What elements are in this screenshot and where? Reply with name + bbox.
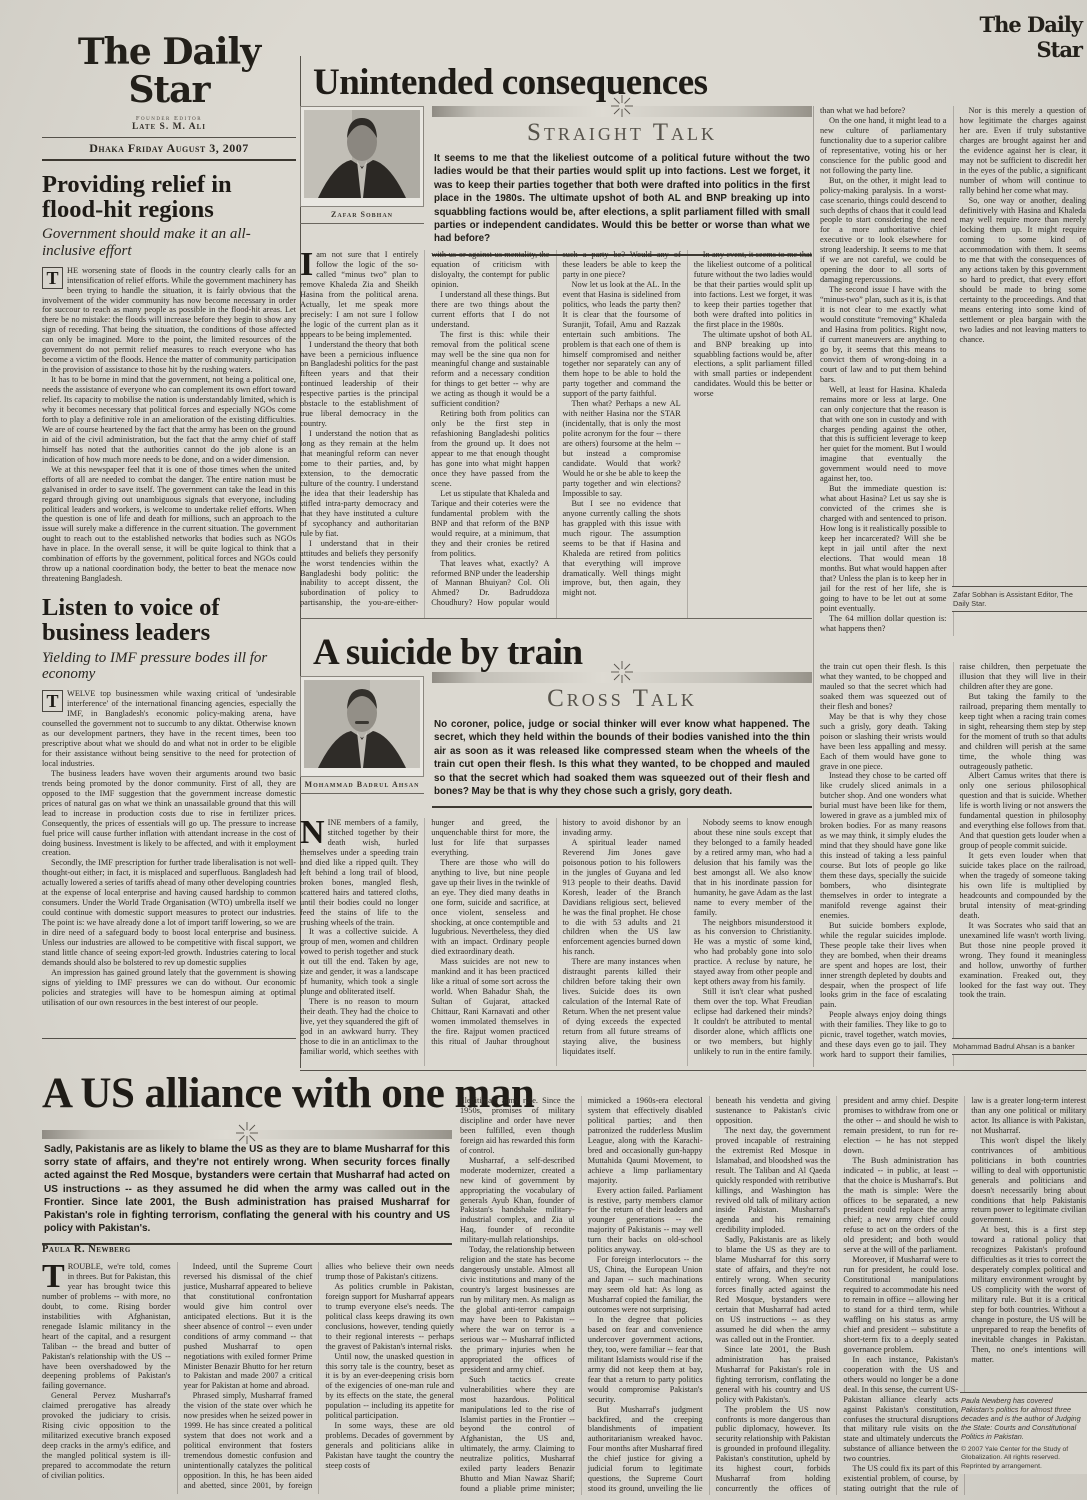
portrait-image bbox=[304, 110, 420, 198]
cross-talk-standfirst: No coroner, police, judge or social thin… bbox=[432, 714, 812, 806]
editorial-body: TWELVE top businessmen while waxing crit… bbox=[42, 689, 296, 1008]
body-paragraph: But the immediate question is: what abou… bbox=[820, 484, 947, 613]
body-paragraph: But I see no evidence that anyone curren… bbox=[563, 499, 681, 599]
body-text: WELVE top businessmen while waxing criti… bbox=[42, 689, 296, 768]
founder-editor-name: Late S. M. Ali bbox=[42, 122, 296, 132]
straight-talk-body-left: Iam not sure that I entirely follow the … bbox=[300, 250, 812, 619]
body-paragraph: Sadly, Pakistanis are as likely to blame… bbox=[716, 1235, 831, 1344]
editorial-body: THE worsening state of floods in the cou… bbox=[42, 266, 296, 585]
body-paragraph: There are many instances when distraught… bbox=[563, 957, 681, 1057]
body-paragraph: Musharraf, a self-described moderate mod… bbox=[460, 1156, 575, 1246]
editorial-headline: Providing relief in flood-hit regions bbox=[42, 172, 296, 222]
body-paragraph: Let us stipulate that Khaleda and Tariqu… bbox=[431, 489, 549, 559]
copyright-notice: © 2007 Yale Center for the Study of Glob… bbox=[961, 1446, 1087, 1471]
body-paragraphs: It has to be borne in mind that the gove… bbox=[42, 375, 296, 584]
body-paragraph: Now let us look at the AL. In the event … bbox=[563, 280, 681, 399]
body-text: am not sure that I entirely follow the l… bbox=[300, 250, 418, 339]
us-alliance-standfirst: Sadly, Pakistanis are as likely to blame… bbox=[42, 1139, 452, 1243]
cross-talk-body-left: NINE members of a family, stitched toget… bbox=[300, 818, 812, 1066]
founder-editor-label: Founder Editor bbox=[42, 115, 296, 122]
body-paragraph: The first is this: while their removal f… bbox=[431, 330, 549, 410]
body-paragraph: The Bush administration has indicated --… bbox=[843, 1156, 958, 1256]
body-paragraph: than what we had before? bbox=[820, 106, 947, 116]
body-paragraph: The business leaders have woven their ar… bbox=[42, 769, 296, 859]
column-divider bbox=[813, 106, 814, 1067]
editorial-column: The Daily Star Founder Editor Late S. M.… bbox=[42, 34, 296, 1039]
body-paragraph: The next day, the government proved inca… bbox=[716, 1126, 831, 1235]
body-paragraph: Albert Camus writes that there is only o… bbox=[960, 771, 1087, 851]
drop-cap: I bbox=[300, 251, 313, 279]
body-paragraph: A spiritual leader named Reverend Jim Jo… bbox=[563, 838, 681, 957]
body-paragraph: Nor is this merely a question of how leg… bbox=[960, 106, 1087, 196]
body-paragraphs: than what we had before?On the one hand,… bbox=[820, 106, 1086, 636]
founder-block: Founder Editor Late S. M. Ali bbox=[42, 115, 296, 132]
photo-caption: Zafar Sobhan bbox=[300, 210, 424, 219]
portrait-photo bbox=[300, 106, 424, 207]
dateline: Dhaka Friday August 3, 2007 bbox=[42, 137, 296, 161]
starburst-icon bbox=[610, 94, 634, 118]
zafar-sobhan-photo-card: Zafar Sobhan bbox=[300, 106, 424, 224]
editorial-flood-relief: Providing relief in flood-hit regions Go… bbox=[42, 172, 296, 585]
portrait-image bbox=[304, 680, 420, 768]
body-paragraph: It gets even louder when that suicide ta… bbox=[960, 851, 1087, 921]
drop-cap: T bbox=[42, 1263, 65, 1291]
body-paragraph: In any event, it seems to me that the li… bbox=[694, 250, 812, 330]
straight-talk-credit: Zafar Sobhan is Assistant Editor, The Da… bbox=[952, 586, 1087, 612]
body-paragraph: An impression has gained ground lately t… bbox=[42, 968, 296, 1008]
body-paragraph: But taking the family to the railroad, p… bbox=[960, 692, 1087, 772]
masthead-logo: The Daily Star bbox=[42, 34, 296, 110]
body-paragraph: In some ways, these are old problems. De… bbox=[325, 1421, 454, 1471]
starburst-icon bbox=[235, 1121, 259, 1145]
body-paragraph: Since late 2001, the Bush administration… bbox=[716, 1345, 831, 1405]
caption-rule bbox=[300, 793, 424, 794]
editorial-business-leaders: Listen to voice of business leaders Yiel… bbox=[42, 595, 296, 1008]
us-alliance-body-left: TROUBLE, we're told, comes in threes. Bu… bbox=[42, 1262, 454, 1494]
drop-cap: N bbox=[300, 819, 325, 847]
body-paragraph: General Pervez Musharraf's claimed prero… bbox=[42, 1391, 171, 1481]
straight-talk-standfirst: It seems to me that the likeliest outcom… bbox=[432, 148, 812, 254]
drop-cap: T bbox=[42, 690, 63, 712]
editorial-subtitle: Government should make it an all-inclusi… bbox=[42, 226, 296, 260]
body-paragraph: The neighbors misunderstood it as his co… bbox=[694, 918, 812, 988]
body-paragraph: The 64 million dollar question is: what … bbox=[820, 614, 947, 634]
body-paragraph: So, one way or another, dealing definiti… bbox=[960, 196, 1087, 345]
body-paragraph: Every action failed. Parliament is resti… bbox=[588, 1186, 703, 1256]
body-paragraph: But, on the other, it might lead to poli… bbox=[820, 176, 947, 285]
cross-talk-body-right: the train cut open their flesh. Is this … bbox=[820, 662, 1086, 1066]
top-right-logo: The Daily Star bbox=[944, 12, 1082, 62]
body-paragraph: This won't dispel the likely contrivance… bbox=[971, 1136, 1086, 1226]
body-paragraphs: The business leaders have woven their ar… bbox=[42, 769, 296, 1008]
newspaper-page: The Daily Star The Daily Star Founder Ed… bbox=[0, 0, 1087, 1500]
body-paragraph: Well, at least for Hasina. Khaleda remai… bbox=[820, 385, 947, 485]
body-paragraph: Until now, the unasked question in this … bbox=[325, 1352, 454, 1422]
body-paragraphs: the train cut open their flesh. Is this … bbox=[820, 662, 1086, 1066]
portrait-photo bbox=[300, 676, 424, 777]
body-paragraph: illegitimate army rule. Since the 1950s,… bbox=[460, 1096, 575, 1156]
editorial-subtitle: Yielding to IMF pressure bodes ill for e… bbox=[42, 650, 296, 684]
body-paragraph: But suicide bombers explode, while the r… bbox=[820, 921, 947, 1011]
body-paragraph: The ultimate upshot of both AL and BNP b… bbox=[694, 330, 812, 400]
body-paragraph: It has to be borne in mind that the gove… bbox=[42, 375, 296, 465]
body-paragraph: NINE members of a family, stitched toget… bbox=[300, 818, 418, 927]
body-paragraph: Nobody seems to know enough about these … bbox=[694, 818, 812, 918]
body-paragraph: Moreover, if Musharraf were to run for p… bbox=[843, 1255, 958, 1355]
body-paragraph: TROUBLE, we're told, comes in threes. Bu… bbox=[42, 1262, 171, 1391]
us-alliance-standfirst-box: Sadly, Pakistanis are as likely to blame… bbox=[42, 1130, 452, 1245]
body-paragraph: For foreign interlocutors -- the US, Chi… bbox=[588, 1255, 703, 1315]
body-paragraph: It was Socrates who said that an unexami… bbox=[960, 921, 1087, 1001]
us-alliance-byline: Paula R. Newberg bbox=[42, 1244, 131, 1255]
cross-talk-credit: Mohammad Badrul Ahsan is a banker bbox=[952, 1038, 1087, 1055]
body-paragraph: I understand the theory that both have b… bbox=[300, 340, 418, 430]
body-text: HE worsening state of floods in the coun… bbox=[42, 266, 296, 375]
drop-cap: T bbox=[42, 267, 63, 289]
body-paragraph: In each instance, Pakistan's cooperation… bbox=[843, 1355, 958, 1464]
body-paragraph: Indeed, until the Supreme Court reversed… bbox=[184, 1262, 313, 1391]
body-paragraph: Today, the relationship between religion… bbox=[460, 1245, 575, 1374]
body-paragraph: In the degree that policies based on fea… bbox=[588, 1315, 703, 1405]
body-paragraph: Secondly, the IMF prescription for furth… bbox=[42, 858, 296, 967]
body-paragraph: The second issue I have with the “minus-… bbox=[820, 285, 947, 385]
starburst-icon bbox=[610, 660, 634, 684]
author-credit: Paula Newberg has covered Pakistan's pol… bbox=[961, 1396, 1087, 1442]
body-paragraph: I understand the notion that as long as … bbox=[300, 429, 418, 538]
straight-talk-body-right: than what we had before?On the one hand,… bbox=[820, 106, 1086, 636]
straight-talk-kicker-box: Straight Talk It seems to me that the li… bbox=[432, 106, 812, 256]
kicker-text: Straight Talk bbox=[527, 119, 717, 146]
body-paragraph: As politics crumble in Pakistan, foreign… bbox=[325, 1282, 454, 1352]
body-paragraph: At best, this is a first step toward a r… bbox=[971, 1225, 1086, 1364]
badrul-ahsan-photo-card: Mohammad Badrul Ahsan bbox=[300, 676, 424, 794]
body-paragraph: On the one hand, it might lead to a new … bbox=[820, 116, 947, 176]
body-paragraph: There are those who will do anything to … bbox=[431, 858, 549, 958]
body-paragraph: Retiring both from politics can only be … bbox=[431, 409, 549, 489]
body-paragraph: THE worsening state of floods in the cou… bbox=[42, 266, 296, 375]
body-paragraph: We at this newspaper feel that it is one… bbox=[42, 465, 296, 584]
kicker-label: Straight Talk bbox=[432, 118, 812, 148]
body-paragraph: TWELVE top businessmen while waxing crit… bbox=[42, 689, 296, 769]
photo-caption: Mohammad Badrul Ahsan bbox=[300, 780, 424, 789]
body-paragraph: It was a collective suicide. A group of … bbox=[300, 927, 418, 997]
caption-rule bbox=[300, 223, 424, 224]
body-paragraph: I understand all these things. But there… bbox=[431, 290, 549, 330]
us-alliance-credit: Paula Newberg has covered Pakistan's pol… bbox=[960, 1392, 1087, 1474]
body-paragraph: the train cut open their flesh. Is this … bbox=[820, 662, 947, 712]
kicker-text: Cross Talk bbox=[547, 685, 697, 712]
body-paragraph: Iam not sure that I entirely follow the … bbox=[300, 250, 418, 340]
body-paragraph: Then what? Perhaps a new AL with neither… bbox=[563, 399, 681, 499]
editorial-headline: Listen to voice of business leaders bbox=[42, 595, 296, 645]
body-paragraph: May be that is why they chose such a gri… bbox=[820, 712, 947, 772]
kicker-label: Cross Talk bbox=[432, 684, 812, 714]
body-paragraph: Instead they chose to be carted off like… bbox=[820, 771, 947, 920]
cross-talk-kicker-box: Cross Talk No coroner, police, judge or … bbox=[432, 672, 812, 808]
